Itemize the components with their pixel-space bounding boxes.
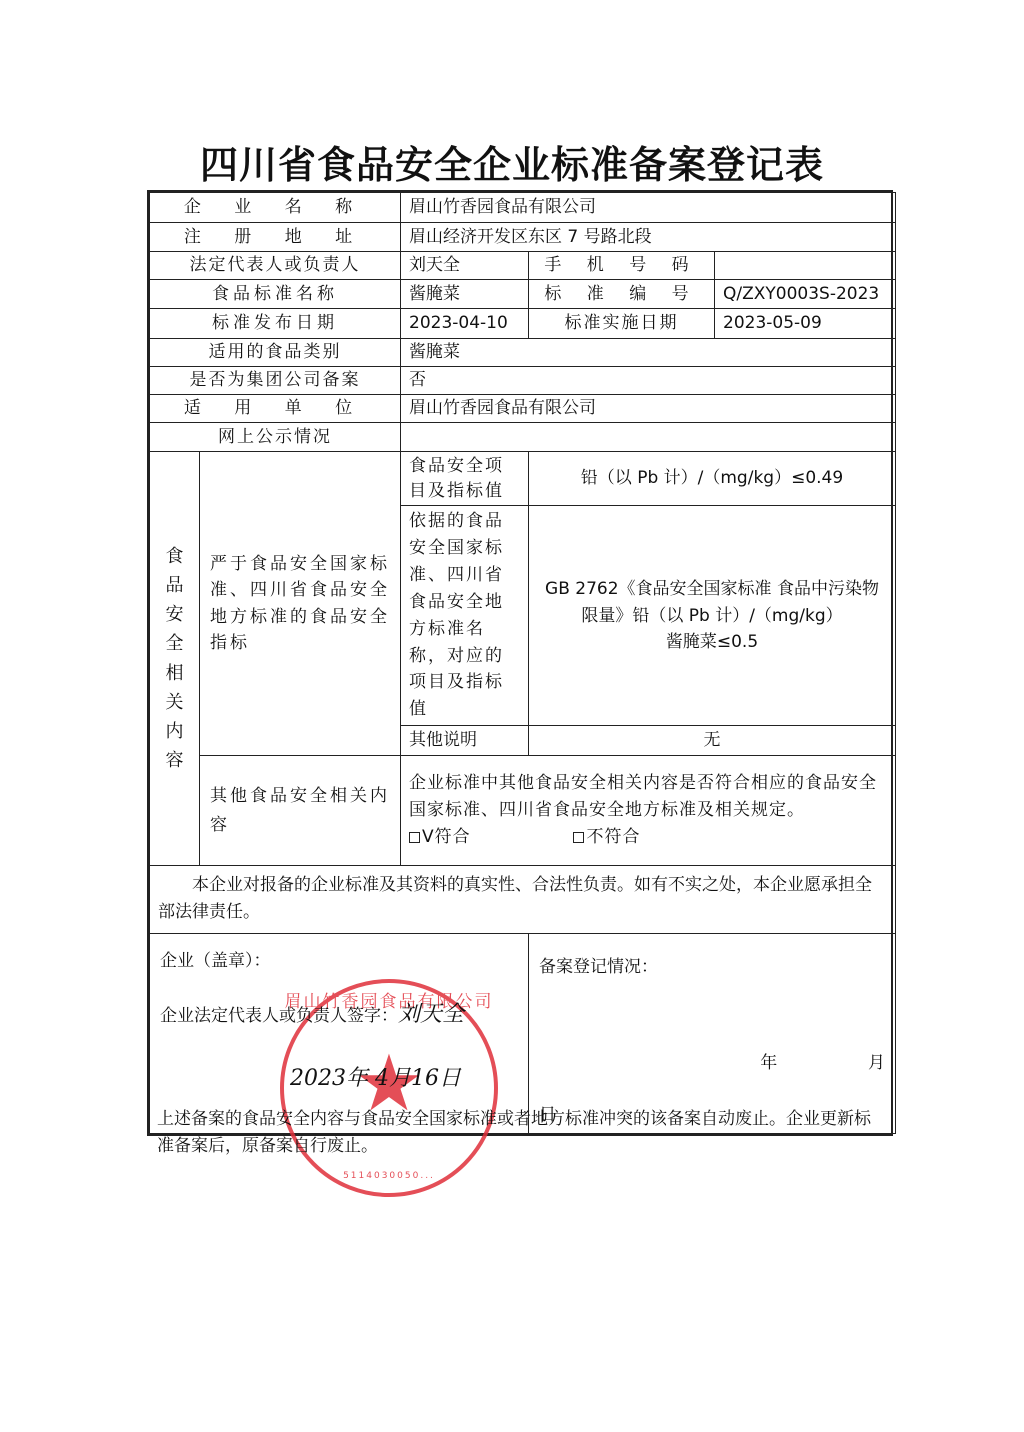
applicable-unit-label: 适 用 单 位 <box>150 395 401 423</box>
handwritten-signature: 刘天全 <box>398 1002 464 1027</box>
other-note-label: 其他说明 <box>401 726 529 756</box>
registration-label: 备案登记情况： <box>539 956 885 979</box>
standard-number-value: Q/ZXY0003S-2023 <box>715 280 896 309</box>
legal-rep-value: 刘天全 <box>401 252 529 280</box>
group-filing-value: 否 <box>401 367 896 395</box>
other-note-value: 无 <box>529 726 896 756</box>
safety-item-value: 铅（以 Pb 计）/（mg/kg）≤0.49 <box>529 452 896 506</box>
document-title: 四川省食品安全企业标准备案登记表 <box>0 134 1024 189</box>
checkbox-icon <box>573 832 584 843</box>
not-comply-option[interactable]: 不符合 <box>573 827 640 847</box>
other-content-label: 其他食品安全相关内容 <box>200 756 401 866</box>
legal-rep-label: 法定代表人或负责人 <box>150 252 401 280</box>
phone-label: 手 机 号 码 <box>529 252 715 280</box>
implement-date-label: 标准实施日期 <box>529 309 715 339</box>
standard-number-label: 标 准 编 号 <box>529 280 715 309</box>
signing-date: 2023年 4月16日 <box>290 1064 461 1094</box>
publish-date-label: 标准发布日期 <box>150 309 401 339</box>
safety-item-label: 食品安全项目及指标值 <box>401 452 529 506</box>
basis-standard-label: 依据的食品安全国家标准、四川省食品安全地方标准名称，对应的项目及指标值 <box>401 506 529 726</box>
other-content-text: 企业标准中其他食品安全相关内容是否符合相应的食品安全国家标准、四川省食品安全地方… <box>409 770 887 824</box>
standard-name-label: 食品标准名称 <box>150 280 401 309</box>
phone-value <box>715 252 896 280</box>
standard-name-value: 酱腌菜 <box>401 280 529 309</box>
filing-form: 企 业 名 称 眉山竹香园食品有限公司 注 册 地 址 眉山经济开发区东区 7 … <box>147 190 893 1136</box>
other-content-cell: 企业标准中其他食品安全相关内容是否符合相应的食品安全国家标准、四川省食品安全地方… <box>401 756 896 866</box>
group-filing-label: 是否为集团公司备案 <box>150 367 401 395</box>
month-label: 月 <box>868 1053 885 1073</box>
registered-address-label: 注 册 地 址 <box>150 223 401 252</box>
company-name-value: 眉山竹香园食品有限公司 <box>401 193 896 223</box>
checkbox-icon <box>409 832 420 843</box>
sign-label: 企业法定代表人或负责人签字：刘天全 <box>160 1000 518 1030</box>
online-publicity-value <box>401 423 896 452</box>
comply-option[interactable]: V符合 <box>409 827 471 847</box>
registration-cell: 备案登记情况： 年 月 日 <box>529 933 896 1133</box>
stricter-indicators-label: 严于食品安全国家标准、四川省食品安全地方标准的食品安全指标 <box>200 452 401 756</box>
food-category-label: 适用的食品类别 <box>150 339 401 367</box>
applicable-unit-value: 眉山竹香园食品有限公司 <box>401 395 896 423</box>
safety-section-side-label: 食品安全相关内容 <box>150 452 200 866</box>
publish-date-value: 2023-04-10 <box>401 309 529 339</box>
year-label: 年 <box>760 1053 777 1073</box>
enterprise-signature-cell: 企业（盖章）： 企业法定代表人或负责人签字：刘天全 2023年 4月16日 眉山… <box>150 933 529 1133</box>
declaration-text: 本企业对报备的企业标准及其资料的真实性、合法性负责。如有不实之处，本企业愿承担全… <box>150 866 896 933</box>
footer-note: 上述备案的食品安全内容与食品安全国家标准或者地方标准冲突的该备案自动废止。企业更… <box>157 1106 887 1160</box>
online-publicity-label: 网上公示情况 <box>150 423 401 452</box>
seal-label: 企业（盖章）： <box>160 950 518 973</box>
implement-date-value: 2023-05-09 <box>715 309 896 339</box>
basis-standard-value: GB 2762《食品安全国家标准 食品中污染物限量》铅（以 Pb 计）/（mg/… <box>529 506 896 726</box>
registered-address-value: 眉山经济开发区东区 7 号路北段 <box>401 223 896 252</box>
company-name-label: 企 业 名 称 <box>150 193 401 223</box>
food-category-value: 酱腌菜 <box>401 339 896 367</box>
